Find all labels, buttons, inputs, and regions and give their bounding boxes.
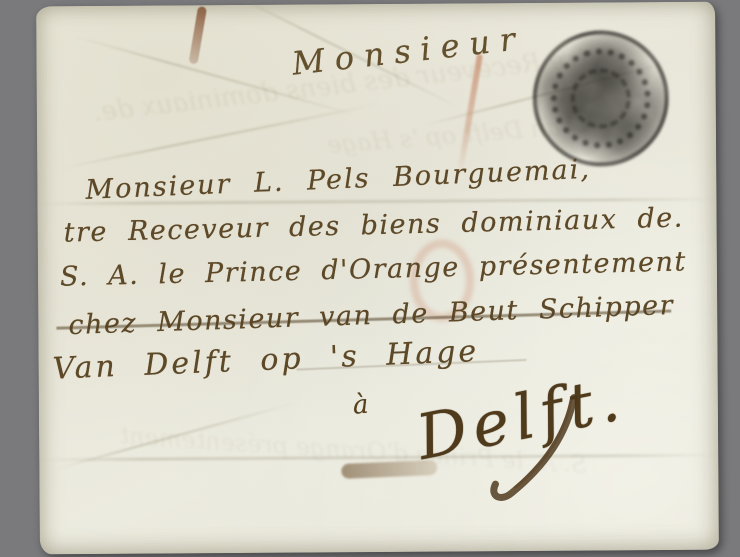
address-line-1: Monsieur L. Pels Bourguemai, — [85, 154, 592, 206]
brown-ink-streak — [189, 6, 208, 65]
letter-cover: tre Receveur des biens dominiaux de. S. … — [36, 2, 719, 555]
photo-background: tre Receveur des biens dominiaux de. S. … — [0, 0, 740, 557]
address-line-3: S. A. le Prince d'Orange présentement — [60, 246, 688, 292]
fold-line — [39, 454, 718, 462]
paper-crease — [58, 103, 382, 170]
destination-prefix: à — [352, 390, 370, 421]
ink-smudge — [341, 460, 438, 479]
salutation-monsieur: Monsieur — [290, 19, 527, 83]
address-line-2: tre Receveur des biens dominiaux de. — [63, 202, 684, 248]
address-line-5: Van Delft op 's Hage — [52, 334, 480, 387]
address-line-4-struck: chez Monsieur van de Beut Schipper — [68, 290, 675, 341]
